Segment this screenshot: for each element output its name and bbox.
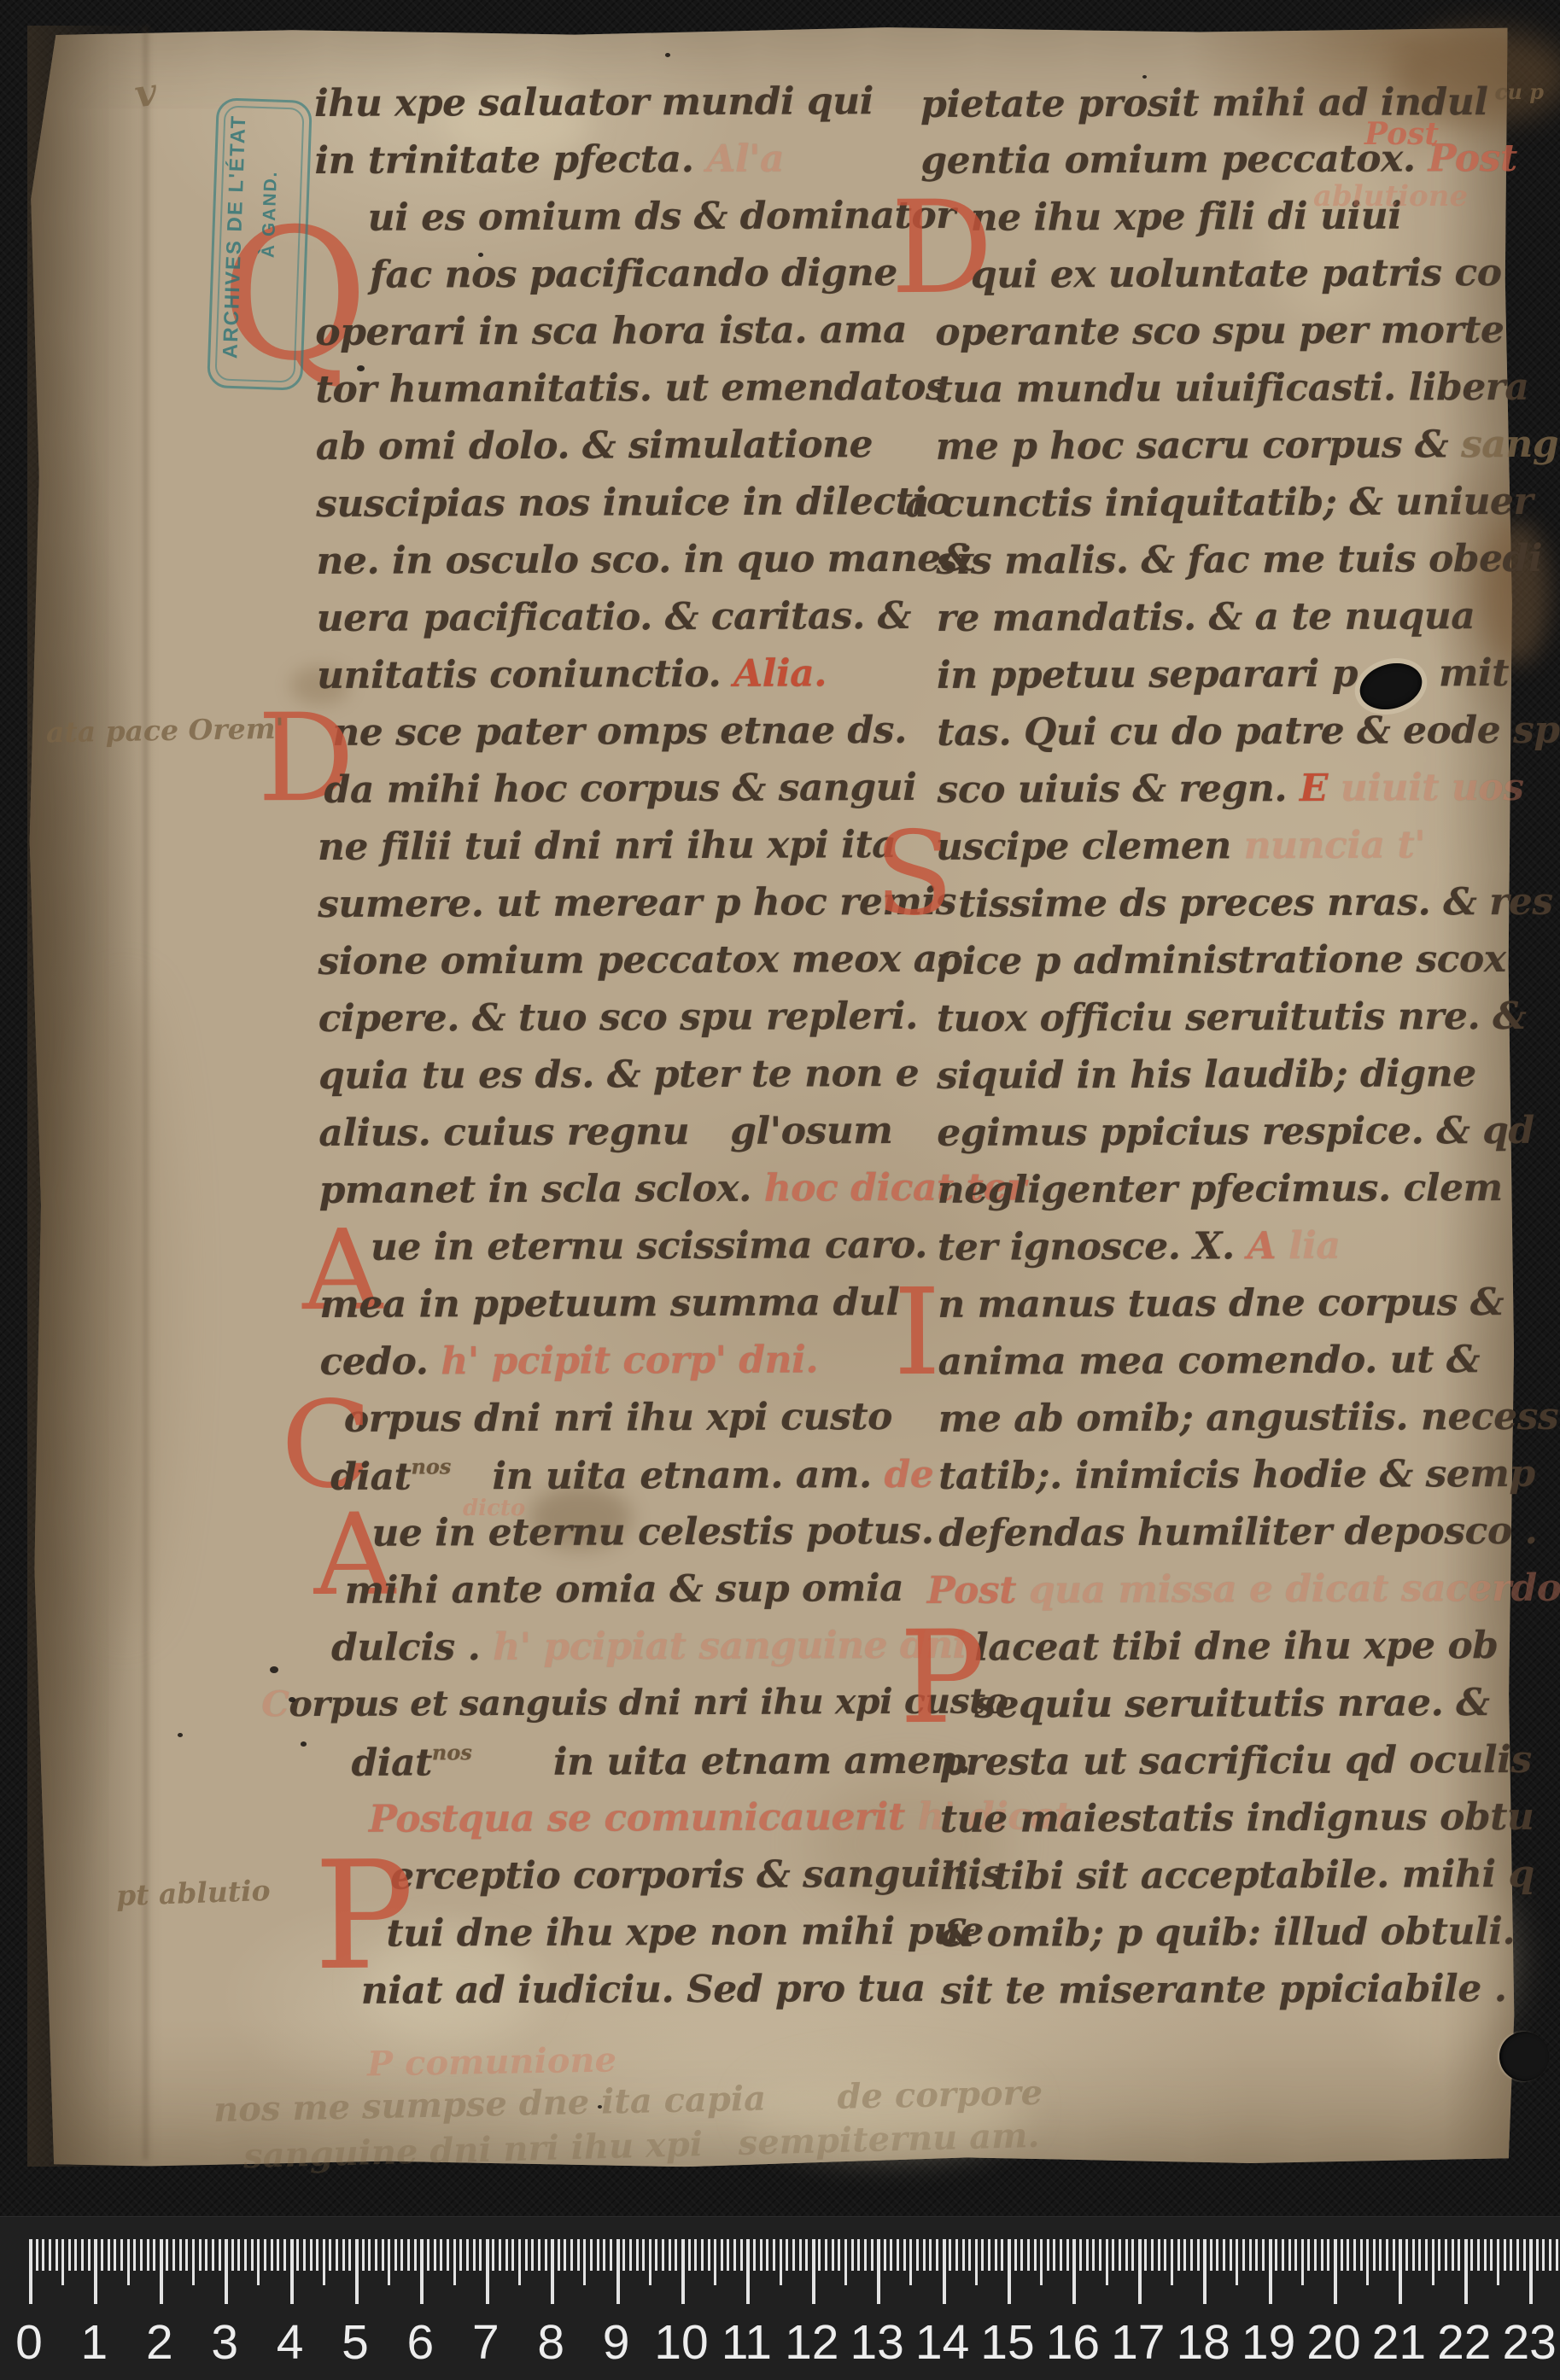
text-segment: tua mundu uiuificasti. libera xyxy=(935,365,1528,411)
ruler-tick xyxy=(414,2239,417,2271)
text-line: cipere. & tuo sco spu repleri. xyxy=(318,995,918,1041)
text-segment: me p hoc sacru corpus & xyxy=(936,423,1461,469)
ruler-tick xyxy=(851,2239,854,2271)
text-segment: nos xyxy=(432,1740,472,1765)
ruler-tick xyxy=(466,2239,469,2271)
ruler-tick xyxy=(1079,2239,1082,2271)
text-segment: gl'osum xyxy=(730,1109,892,1153)
ruler-tick xyxy=(923,2239,926,2271)
ruler-tick xyxy=(897,2239,899,2271)
ruler-tick xyxy=(975,2239,978,2285)
ruler-tick xyxy=(981,2239,984,2271)
text-line: defendas humiliter deposco . xyxy=(938,1509,1537,1555)
text-segment: cipere. & tuo sco spu repleri. xyxy=(318,995,918,1041)
text-segment: negligenter pfecimus. clem xyxy=(938,1166,1503,1212)
ruler-tick xyxy=(583,2239,586,2285)
ruler-tick xyxy=(394,2239,397,2271)
ruler-tick xyxy=(545,2239,547,2271)
ruler-tick xyxy=(675,2239,677,2271)
ruler-tick xyxy=(473,2239,476,2271)
ruler-tick xyxy=(172,2239,175,2271)
text-segment: ne filii tui dni nri ihu xpi ita xyxy=(318,823,897,869)
ruler-tick xyxy=(1470,2239,1473,2271)
ruler-tick xyxy=(1425,2239,1428,2271)
text-line: qui ex uoluntate patris co xyxy=(971,251,1502,297)
ruler-tick xyxy=(688,2239,691,2271)
text-line: Placeat tibi dne ihu xpe ob xyxy=(974,1624,1499,1670)
text-segment: quia tu es ds. & pter te non e xyxy=(318,1052,919,1098)
ruler-tick xyxy=(518,2239,521,2285)
text-line: sumere. ut merear p hoc remis xyxy=(318,880,956,926)
text-line: pietate prosit mihi ad indul cu p xyxy=(920,79,1544,126)
ruler-number: 4 xyxy=(277,2314,304,2371)
text-segment: h' pcipiat sanguine dni xyxy=(493,1624,967,1669)
ruler-tick xyxy=(805,2239,808,2271)
ruler-tick xyxy=(694,2239,697,2271)
text-line: Aue in eternu scissima caro. xyxy=(371,1223,927,1269)
ruler-tick xyxy=(459,2239,462,2271)
text-segment: unitatis coniunctio. xyxy=(317,652,733,697)
text-line: uera pacificatio. & caritas. & xyxy=(317,594,911,640)
ruler-tick xyxy=(1373,2239,1376,2271)
ruler-tick xyxy=(812,2239,815,2304)
ruler-tick xyxy=(564,2239,566,2271)
ruler-tick xyxy=(622,2239,625,2271)
text-line: tatib;. inimicis hodie & semp xyxy=(938,1452,1535,1498)
ruler-tick xyxy=(1190,2239,1193,2271)
ruler-tick xyxy=(1523,2239,1526,2271)
ruler-tick xyxy=(244,2239,247,2271)
ruler-tick xyxy=(1230,2239,1232,2271)
ruler-tick xyxy=(780,2239,782,2285)
ruler-tick xyxy=(995,2239,997,2271)
text-segment: Postqua se comunicauerit xyxy=(369,1795,918,1841)
ink-spot xyxy=(478,253,483,257)
ruler-tick xyxy=(1445,2239,1447,2271)
text-line: dulcis . h' pcipiat sanguine dni xyxy=(331,1624,967,1670)
text-segment: Al'a xyxy=(706,137,784,181)
text-segment: qua missa e dicat sacerdos xyxy=(1029,1566,1560,1613)
text-segment: de xyxy=(884,1453,933,1496)
ruler-tick xyxy=(277,2239,279,2271)
text-line: sione omium peccatox meox ac xyxy=(318,937,960,983)
text-line: Aue in eternu celestis potus. xyxy=(371,1509,933,1555)
ruler-number: 8 xyxy=(537,2314,564,2371)
ruler-tick xyxy=(760,2239,762,2271)
ruler-tick xyxy=(1549,2239,1551,2271)
ink-spot xyxy=(598,2105,602,2109)
ruler-number: 18 xyxy=(1176,2314,1230,2371)
text-line: Corpus et sanguis dni nri ihu xpi custo xyxy=(261,1680,1008,1724)
ruler-tick xyxy=(1255,2239,1258,2271)
ruler-tick xyxy=(1034,2239,1037,2271)
ruler-tick xyxy=(447,2239,449,2271)
drop-cap: I xyxy=(893,1280,940,1387)
ruler-tick xyxy=(160,2239,163,2304)
text-segment: sco uiuis & regn. xyxy=(938,767,1300,812)
text-line: ter ignosce. X. A lia xyxy=(938,1224,1341,1269)
text-line: ab omi dolo. & simulatione xyxy=(316,423,873,469)
ruler-tick xyxy=(1125,2239,1128,2271)
library-stamp: ARCHIVES DE L'ÉTAT À GAND. xyxy=(207,97,313,391)
ruler-tick xyxy=(1027,2239,1030,2271)
ruler-tick xyxy=(1438,2239,1440,2271)
ruler-tick xyxy=(662,2239,664,2271)
ruler-tick xyxy=(818,2239,821,2271)
ruler-tick xyxy=(68,2239,71,2271)
text-segment: egimus ppicius respice. & qd xyxy=(937,1109,1534,1155)
ruler-tick xyxy=(225,2239,228,2304)
ruler-number: 14 xyxy=(915,2314,969,2371)
ruler-tick xyxy=(871,2239,873,2271)
text-line: & omib; p quib: illud obtuli. xyxy=(940,1910,1515,1956)
text-line: quia tu es ds. & pter te non e xyxy=(318,1052,919,1098)
ruler-tick xyxy=(1510,2239,1512,2271)
ruler-tick xyxy=(799,2239,802,2271)
ruler-tick xyxy=(727,2239,729,2271)
ruler-tick xyxy=(1164,2239,1166,2271)
ruler-tick xyxy=(1399,2239,1402,2304)
text-segment: fac nos pacificando digne xyxy=(370,251,897,297)
text-segment: erceptio corporis & sanguinis xyxy=(390,1852,1002,1899)
ruler-tick xyxy=(968,2239,971,2271)
ruler-tick xyxy=(1386,2239,1388,2271)
ruler-tick xyxy=(49,2239,51,2271)
text-line: tas. Qui cu do patre & eode sp xyxy=(937,709,1559,755)
text-line: ui es omium ds & dominator xyxy=(368,194,955,240)
text-segment: ne. in osculo sco. in quo mane& xyxy=(316,537,974,583)
text-segment: li. tibi sit acceptabile. mihi q xyxy=(940,1852,1534,1899)
ruler-number: 12 xyxy=(785,2314,838,2371)
text-segment: a cunctis iniquitatib; & uniuer xyxy=(905,480,1533,526)
ruler-tick xyxy=(185,2239,188,2271)
ruler-tick xyxy=(616,2239,620,2304)
ruler-tick xyxy=(1542,2239,1545,2271)
text-line: In manus tuas dne corpus & xyxy=(938,1280,1504,1327)
ruler-number: 20 xyxy=(1306,2314,1360,2371)
ruler-tick xyxy=(903,2239,906,2271)
ruler-tick xyxy=(753,2239,756,2271)
text-segment: h' pcipit corp' dni. xyxy=(441,1338,818,1383)
ruler-tick xyxy=(649,2239,651,2285)
ruler-tick xyxy=(1452,2239,1454,2271)
margin-note: pt ablutio xyxy=(115,1874,271,1912)
ruler-tick xyxy=(1053,2239,1055,2271)
ruler-tick xyxy=(1334,2239,1337,2304)
ruler-tick xyxy=(832,2239,834,2271)
ruler-tick xyxy=(257,2239,260,2285)
ruler-number: 23 xyxy=(1502,2314,1556,2371)
text-segment: in ppetuu separari p xyxy=(937,652,1358,697)
text-line: tuox officiu seruitutis nre. & xyxy=(937,995,1527,1041)
ruler-tick xyxy=(342,2239,345,2271)
ruler-tick xyxy=(1086,2239,1089,2271)
drop-cap: S xyxy=(874,822,954,926)
ruler-tick xyxy=(1223,2239,1225,2271)
drop-cap: P xyxy=(899,1621,985,1736)
ruler-tick xyxy=(368,2239,371,2271)
manuscript-photo: Q ARCHIVES DE L'ÉTAT À GAND. ihu xpe sal… xyxy=(0,0,1560,2380)
text-segment: & omib; p quib: illud obtuli. xyxy=(940,1910,1515,1956)
ruler-tick xyxy=(1020,2239,1023,2271)
ruler-tick xyxy=(1171,2239,1173,2285)
ruler-tick xyxy=(199,2239,202,2271)
ruler-tick xyxy=(577,2239,580,2271)
ruler-tick xyxy=(1066,2239,1069,2271)
ruler-tick xyxy=(1144,2239,1147,2271)
text-line: a cunctis iniquitatib; & uniuer xyxy=(905,480,1533,526)
ruler-tick xyxy=(362,2239,365,2271)
ruler-tick xyxy=(283,2239,286,2271)
ruler-tick xyxy=(400,2239,403,2271)
text-line: sco uiuis & regn. E uiuit uos xyxy=(938,766,1524,812)
text-line: suscipias nos inuice in dilectio xyxy=(316,480,951,526)
text-segment: A xyxy=(1247,1224,1276,1268)
ruler-tick xyxy=(205,2239,207,2271)
text-line: tue maiestatis indignus obtu xyxy=(940,1795,1534,1841)
text-segment: da mihi hoc corpus & sangui xyxy=(324,766,917,812)
ruler-tick xyxy=(382,2239,384,2271)
text-segment: E xyxy=(1300,767,1328,810)
ruler-tick xyxy=(551,2239,554,2304)
ruler-tick xyxy=(1341,2239,1343,2271)
ruler-tick xyxy=(681,2239,685,2304)
ruler-tick xyxy=(733,2239,736,2271)
margin-note: dicto xyxy=(463,1496,525,1521)
text-segment: sis malis. & fac me tuis obedi xyxy=(936,537,1542,583)
text-segment: mihi ante omia & sup omia xyxy=(345,1566,904,1613)
ruler-tick xyxy=(629,2239,632,2271)
ruler-tick xyxy=(1106,2239,1108,2285)
ruler-tick xyxy=(505,2239,508,2271)
text-segment: lia xyxy=(1276,1224,1340,1268)
ruler-tick xyxy=(1405,2239,1408,2271)
ruler-tick xyxy=(499,2239,501,2271)
ruler-number: 5 xyxy=(342,2314,369,2371)
text-segment: operante sco spu per morte xyxy=(935,308,1504,354)
ruler-tick xyxy=(1556,2239,1558,2271)
ruler-number: 13 xyxy=(850,2314,903,2371)
text-line: Suscipe clemen nuncia t' xyxy=(936,823,1426,869)
margin-note: ablutione xyxy=(1313,179,1468,213)
ruler-tick xyxy=(714,2239,716,2285)
text-line: ihu xpe saluator mundi qui xyxy=(314,79,873,125)
ruler-tick xyxy=(949,2239,951,2271)
ruler-tick xyxy=(492,2239,494,2271)
ruler-number: 15 xyxy=(980,2314,1034,2371)
ink-spot xyxy=(665,53,670,57)
ruler-number: 11 xyxy=(722,2314,772,2371)
ruler-tick xyxy=(597,2239,599,2271)
ruler-tick xyxy=(329,2239,331,2271)
ruler-tick xyxy=(1490,2239,1493,2271)
ruler-tick xyxy=(420,2239,424,2304)
text-line: egimus ppicius respice. & qd xyxy=(937,1109,1534,1155)
text-segment: orpus dni nri ihu xpi custo xyxy=(344,1395,892,1441)
stain xyxy=(77,982,171,1630)
ruler-tick xyxy=(212,2239,214,2271)
ruler-tick xyxy=(642,2239,645,2271)
ruler-tick xyxy=(1262,2239,1265,2271)
ruler-tick xyxy=(1177,2239,1180,2271)
ruler-tick xyxy=(943,2239,946,2304)
ruler-tick xyxy=(1183,2239,1186,2271)
ruler-tick xyxy=(929,2239,932,2271)
ruler-tick xyxy=(36,2239,38,2271)
ruler-tick xyxy=(1119,2239,1121,2271)
ruler-tick xyxy=(94,2239,97,2304)
text-line: negligenter pfecimus. clem xyxy=(938,1166,1503,1212)
ruler-tick xyxy=(1242,2239,1245,2271)
ruler-tick xyxy=(407,2239,410,2271)
text-segment: ab omi dolo. & simulatione xyxy=(316,423,873,469)
ruler-tick xyxy=(1504,2239,1506,2271)
ruler-tick xyxy=(558,2239,560,2271)
ink-spot xyxy=(270,1666,278,1673)
text-segment: tuox officiu seruitutis nre. & xyxy=(937,995,1527,1041)
text-segment: tui dne ihu xpe non mihi pue xyxy=(386,1910,984,1956)
text-line: Corpus dni nri ihu xpi custo xyxy=(344,1395,892,1441)
ruler-tick xyxy=(525,2239,528,2271)
ruler-tick xyxy=(434,2239,436,2271)
ruler-tick xyxy=(708,2239,710,2271)
ruler-tick xyxy=(166,2239,168,2271)
ruler-tick xyxy=(323,2239,325,2285)
ruler-number: 2 xyxy=(146,2314,173,2371)
ruler-tick xyxy=(1151,2239,1154,2271)
ruler-tick xyxy=(864,2239,867,2271)
text-segment: Alia. xyxy=(733,651,827,695)
stamp-text-line2: À GAND. xyxy=(258,170,282,258)
parchment-edge-notch xyxy=(1499,2032,1549,2081)
ruler-tick xyxy=(74,2239,77,2271)
ruler-tick xyxy=(192,2239,195,2285)
ruler-tick xyxy=(303,2239,306,2271)
ruler-number: 22 xyxy=(1437,2314,1491,2371)
text-line: Post qua missa e dicat sacerdos xyxy=(927,1566,1560,1613)
ruler-tick xyxy=(1458,2239,1460,2271)
text-line: mihi ante omia & sup omia xyxy=(345,1566,904,1613)
ruler-tick xyxy=(231,2239,234,2271)
ruler-tick xyxy=(1529,2239,1533,2304)
ruler-number: 6 xyxy=(407,2314,435,2371)
text-segment: uiuit uos xyxy=(1328,766,1524,810)
ruler-tick xyxy=(140,2239,143,2271)
text-segment: mit xyxy=(1439,651,1509,695)
text-segment: ue in eternu celestis potus. xyxy=(371,1509,933,1555)
text-line: sis malis. & fac me tuis obedi xyxy=(936,537,1542,583)
ruler-tick xyxy=(29,2239,32,2304)
ruler-tick xyxy=(721,2239,723,2271)
text-segment: tissime ds preces nras. & res xyxy=(958,880,1553,926)
text-line: me p hoc sacru corpus & sanguine xyxy=(936,422,1560,469)
text-segment: Post xyxy=(1428,137,1517,180)
ruler-tick xyxy=(590,2239,593,2271)
text-line: siquid in his laudib; digne xyxy=(937,1052,1476,1098)
text-segment: laceat tibi dne ihu xpe ob xyxy=(974,1624,1499,1670)
text-line: diatnosin uita etnam amen. xyxy=(351,1738,970,1785)
ruler-tick xyxy=(1536,2239,1539,2271)
ruler-tick xyxy=(1294,2239,1297,2271)
ruler-tick xyxy=(531,2239,534,2271)
ruler-tick xyxy=(1366,2239,1369,2285)
footer-line: P comunione xyxy=(367,2039,617,2084)
ruler-number: 3 xyxy=(211,2314,238,2371)
ruler-tick xyxy=(120,2239,123,2271)
ruler-tick xyxy=(271,2239,273,2271)
text-segment: nos xyxy=(411,1454,451,1479)
ruler-tick xyxy=(1477,2239,1480,2271)
ruler-tick xyxy=(1353,2239,1356,2271)
text-line: mea in ppetuum summa dul xyxy=(319,1280,899,1327)
text-segment: suscipias nos inuice in dilectio xyxy=(316,480,951,526)
ruler-tick xyxy=(1314,2239,1317,2271)
text-line: re mandatis. & a te nuqua xyxy=(937,594,1475,640)
ruler-tick xyxy=(237,2239,240,2271)
ruler-tick xyxy=(1131,2239,1134,2271)
ruler-number: 1 xyxy=(81,2314,108,2371)
text-segment: niat ad iudiciu. Sed pro tua xyxy=(361,1967,926,2013)
ruler-tick xyxy=(486,2239,489,2304)
ruler-tick xyxy=(877,2239,880,2304)
text-segment: tatib;. inimicis hodie & semp xyxy=(938,1452,1535,1498)
ruler-tick xyxy=(636,2239,639,2271)
ruler-tick xyxy=(61,2239,64,2285)
ruler-tick xyxy=(538,2239,540,2271)
ruler-tick xyxy=(1412,2239,1415,2271)
ruler-tick xyxy=(746,2239,750,2304)
text-segment: sit te miserante ppiciabile . xyxy=(941,1967,1507,2013)
ruler-tick xyxy=(1275,2239,1277,2271)
ink-spot xyxy=(178,1733,183,1737)
ruler-tick xyxy=(773,2239,775,2271)
ruler-tick xyxy=(1203,2239,1207,2304)
ruler-tick xyxy=(1347,2239,1349,2271)
ruler-tick xyxy=(962,2239,965,2271)
ruler-tick xyxy=(264,2239,266,2271)
text-line: unitatis coniunctio. Alia. xyxy=(317,651,827,697)
ruler-tick xyxy=(388,2239,390,2285)
text-line: alius. cuius regnugl'osum xyxy=(318,1109,892,1155)
ruler-tick xyxy=(336,2239,338,2271)
ink-spot xyxy=(1142,75,1147,79)
ruler-tick xyxy=(1099,2239,1101,2271)
ruler-tick xyxy=(1249,2239,1252,2271)
text-segment: tor humanitatis. ut emendatos xyxy=(315,365,946,411)
ruler-tick xyxy=(42,2239,44,2271)
ruler-tick xyxy=(219,2239,221,2271)
ruler-number: 9 xyxy=(603,2314,630,2371)
text-line: tua mundu uiuificasti. libera xyxy=(935,365,1528,411)
ruler-tick xyxy=(453,2239,456,2285)
text-segment: sanguine xyxy=(1461,422,1560,466)
ruler-tick xyxy=(1516,2239,1519,2271)
text-line: li. tibi sit acceptabile. mihi q xyxy=(940,1852,1534,1899)
text-line: sit te miserante ppiciabile . xyxy=(941,1967,1507,2013)
ink-spot xyxy=(301,1741,307,1747)
ruler-tick xyxy=(1158,2239,1160,2271)
text-line: me ab omib; angustiis. necessi xyxy=(938,1395,1560,1441)
ruler-number: 10 xyxy=(654,2314,708,2371)
ruler-tick xyxy=(844,2239,847,2285)
ruler-tick xyxy=(1112,2239,1114,2271)
text-segment: tue maiestatis indignus obtu xyxy=(940,1795,1534,1841)
text-segment: siquid in his laudib; digne xyxy=(937,1052,1476,1098)
ruler-tick xyxy=(955,2239,958,2271)
text-line: tui dne ihu xpe non mihi pue xyxy=(386,1910,984,1956)
ruler-tick xyxy=(1001,2239,1003,2271)
ruler-tick xyxy=(884,2239,886,2271)
